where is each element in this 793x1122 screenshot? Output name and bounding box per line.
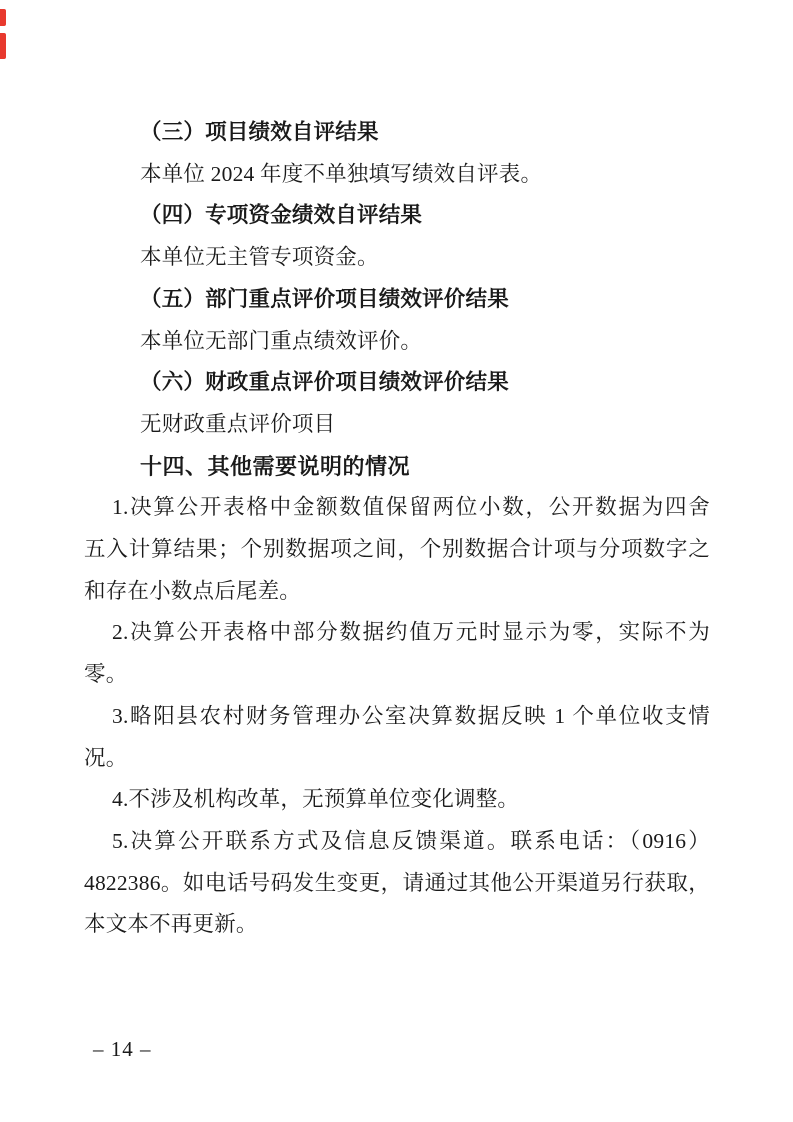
text-line: 3.略阳县农村财务管理办公室决算数据反映 1 个单位收支情 [84,696,710,738]
text-line: 4822386。如电话号码发生变更，请通过其他公开渠道另行获取， [84,863,710,905]
text-line: 4.不涉及机构改革，无预算单位变化调整。 [84,779,710,821]
subsection-heading: （六）财政重点评价项目绩效评价结果 [84,362,710,404]
subsection-heading: （五）部门重点评价项目绩效评价结果 [84,279,710,321]
text-line: 况。 [84,738,710,780]
page-number: – 14 – [93,1035,152,1063]
document-page: （三）项目绩效自评结果本单位 2024 年度不单独填写绩效自评表。（四）专项资金… [0,0,793,1122]
text-line: 5.决算公开联系方式及信息反馈渠道。联系电话：（0916） [84,821,710,863]
text-line: 零。 [84,654,710,696]
text-line: 本单位 2024 年度不单独填写绩效自评表。 [84,154,710,196]
red-edge-mark [0,9,6,26]
subsection-heading: （四）专项资金绩效自评结果 [84,195,710,237]
text-line: 1.决算公开表格中金额数值保留两位小数，公开数据为四舍 [84,487,710,529]
text-line: 2.决算公开表格中部分数据约值万元时显示为零，实际不为 [84,612,710,654]
text-line: 五入计算结果；个别数据项之间，个别数据合计项与分项数字之 [84,529,710,571]
text-line: 无财政重点评价项目 [84,404,710,446]
subsection-heading: （三）项目绩效自评结果 [84,112,710,154]
text-line: 和存在小数点后尾差。 [84,571,710,613]
section-heading: 十四、其他需要说明的情况 [84,446,710,488]
text-line: 本文本不再更新。 [84,904,710,946]
document-body: （三）项目绩效自评结果本单位 2024 年度不单独填写绩效自评表。（四）专项资金… [84,112,710,946]
red-edge-mark [0,33,6,59]
text-line: 本单位无部门重点绩效评价。 [84,321,710,363]
text-line: 本单位无主管专项资金。 [84,237,710,279]
